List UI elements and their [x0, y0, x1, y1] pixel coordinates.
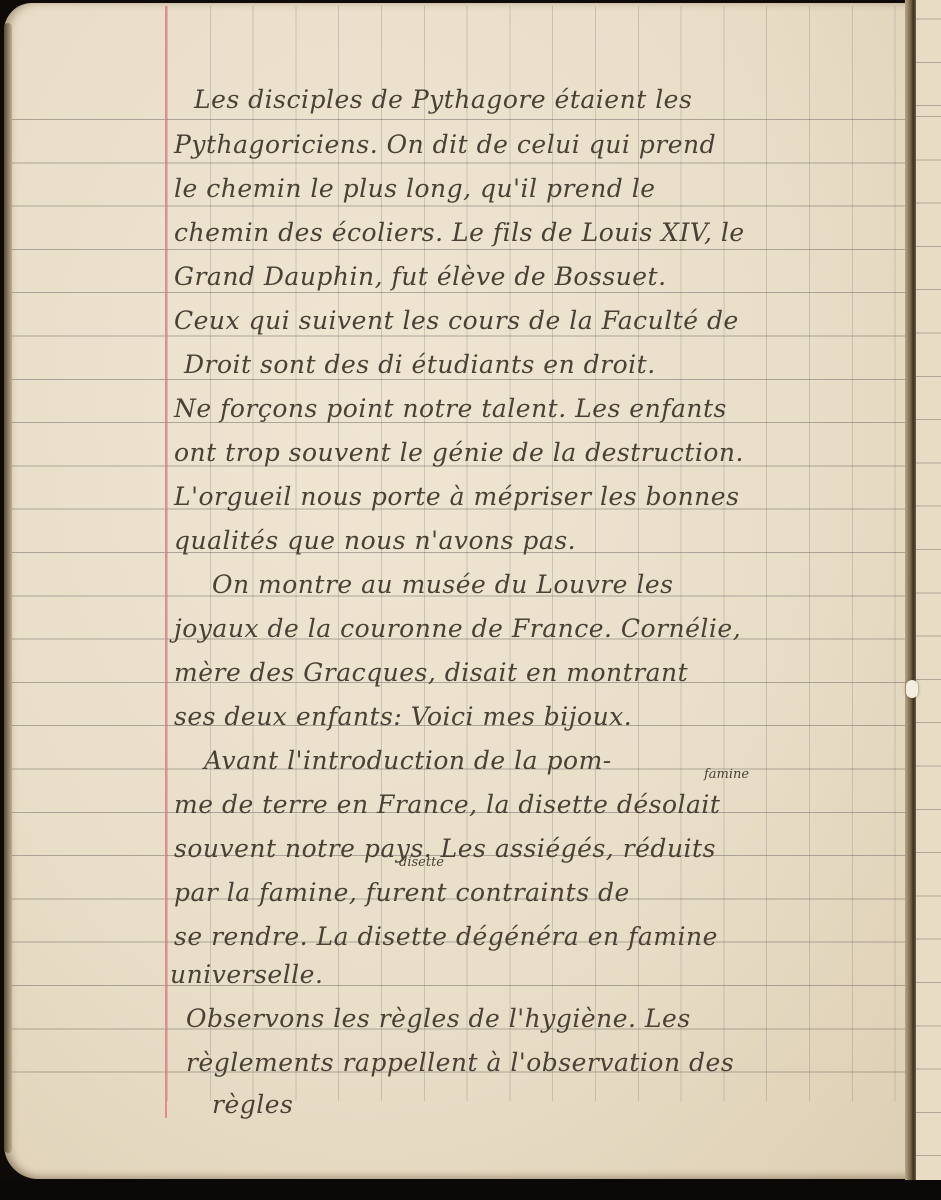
correction-superscript: disette: [399, 855, 444, 870]
text-line: Les disciples de Pythagore étaient les: [194, 85, 692, 128]
background-edge: [0, 1180, 941, 1200]
text-line: Droit sont des di étudiants en droit.: [184, 350, 656, 393]
correction-superscript: famine: [704, 767, 749, 782]
text-line: le chemin le plus long, qu'il prend le: [174, 174, 656, 217]
page-edge-shadow: [4, 23, 12, 1153]
text-line: Observons les règles de l'hygiène. Les: [186, 1004, 691, 1047]
text-line: ses deux enfants: Voici mes bijoux.: [174, 702, 632, 745]
text-line: souvent notre pays. Les assiégés, réduit…: [174, 834, 716, 877]
text-line: ont trop souvent le génie de la destruct…: [174, 438, 744, 481]
text-line: Ceux qui suivent les cours de la Faculté…: [174, 306, 739, 349]
text-line: par la famine, furent contraints de: [174, 878, 630, 921]
text-line: L'orgueil nous porte à mépriser les bonn…: [174, 482, 739, 525]
text-line: Ne forçons point notre talent. Les enfan…: [174, 394, 727, 437]
text-line: universelle.: [170, 960, 323, 1003]
facing-page-strip: [916, 0, 941, 1180]
text-line: Pythagoriciens. On dit de celui qui pren…: [174, 130, 716, 173]
notebook-page: Les disciples de Pythagore étaient les P…: [4, 3, 912, 1179]
text-line: mère des Gracques, disait en montrant: [174, 658, 688, 701]
text-line: qualités que nous n'avons pas.: [174, 526, 576, 569]
text-line: règles: [212, 1090, 293, 1133]
text-line: Avant l'introduction de la pom-: [204, 746, 612, 789]
text-line: se rendre. La disette dégénéra en famine: [174, 922, 718, 965]
text-line: Grand Dauphin, fut élève de Bossuet.: [174, 262, 667, 305]
margin-line: [165, 6, 167, 1118]
binding-staple-hole: [906, 680, 918, 698]
text-line: joyaux de la couronne de France. Cornéli…: [174, 614, 741, 657]
text-line: On montre au musée du Louvre les: [212, 570, 674, 613]
text-line: règlements rappellent à l'observation de…: [186, 1048, 734, 1091]
text-line: chemin des écoliers. Le fils de Louis XI…: [174, 218, 745, 261]
text-line: me de terre en France, la disette désola…: [174, 790, 720, 833]
